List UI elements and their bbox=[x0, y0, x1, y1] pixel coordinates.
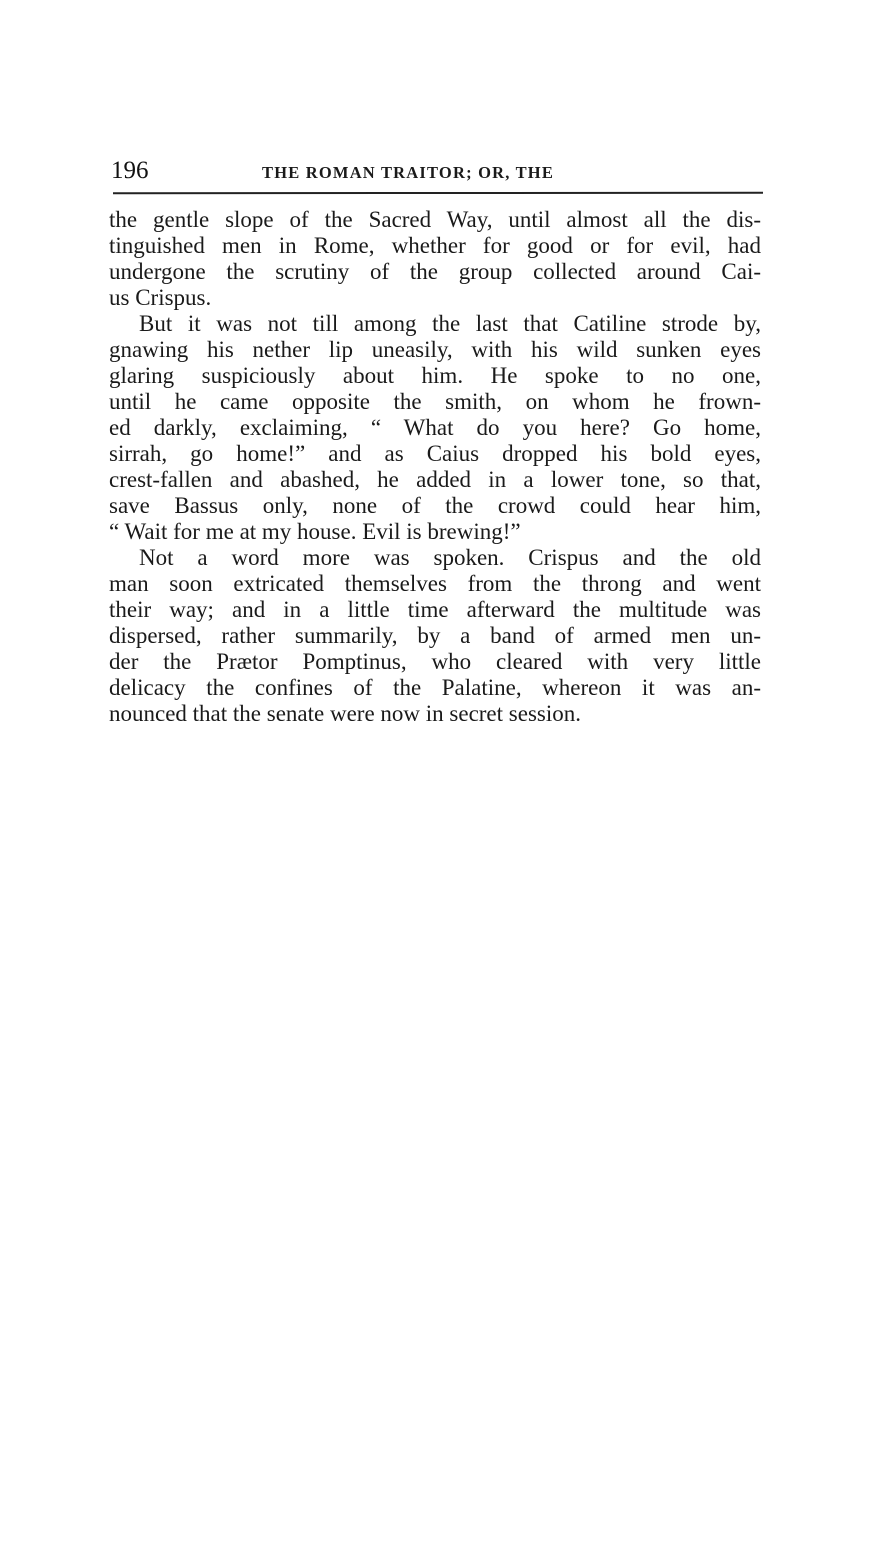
page-number: 196 bbox=[111, 157, 149, 185]
running-title: THE ROMAN TRAITOR; OR, THE bbox=[262, 163, 554, 183]
text-line: Not a word more was spoken. Crispus and … bbox=[109, 545, 761, 571]
book-page: 196 THE ROMAN TRAITOR; OR, THE the gentl… bbox=[109, 155, 769, 189]
text-line: us Crispus. bbox=[109, 285, 761, 311]
running-head: 196 THE ROMAN TRAITOR; OR, THE bbox=[109, 155, 769, 189]
text-line: sirrah, go home!” and as Caius dropped h… bbox=[109, 441, 761, 467]
text-line: crest-fallen and abashed, he added in a … bbox=[109, 467, 761, 493]
text-line: But it was not till among the last that … bbox=[109, 311, 761, 337]
paragraph: Not a word more was spoken. Crispus and … bbox=[109, 545, 761, 727]
paragraph: the gentle slope of the Sacred Way, unti… bbox=[109, 207, 761, 311]
text-line: their way; and in a little time afterwar… bbox=[109, 597, 761, 623]
text-line: nounced that the senate were now in secr… bbox=[109, 701, 761, 727]
text-line: “ Wait for me at my house. Evil is brewi… bbox=[109, 519, 761, 545]
header-rule bbox=[113, 192, 763, 195]
text-line: save Bassus only, none of the crowd coul… bbox=[109, 493, 761, 519]
text-line: tinguished men in Rome, whether for good… bbox=[109, 233, 761, 259]
text-line: ed darkly, exclaiming, “ What do you her… bbox=[109, 415, 761, 441]
text-line: until he came opposite the smith, on who… bbox=[109, 389, 761, 415]
text-line: glaring suspiciously about him. He spoke… bbox=[109, 363, 761, 389]
text-line: man soon extricated themselves from the … bbox=[109, 571, 761, 597]
text-line: delicacy the confines of the Palatine, w… bbox=[109, 675, 761, 701]
paragraph: But it was not till among the last that … bbox=[109, 311, 761, 545]
text-line: dispersed, rather summarily, by a band o… bbox=[109, 623, 761, 649]
text-line: undergone the scrutiny of the group coll… bbox=[109, 259, 761, 285]
text-line: gnawing his nether lip uneasily, with hi… bbox=[109, 337, 761, 363]
text-line: the gentle slope of the Sacred Way, unti… bbox=[109, 207, 761, 233]
body-text: the gentle slope of the Sacred Way, unti… bbox=[109, 207, 761, 727]
text-line: der the Prætor Pomptinus, who cleared wi… bbox=[109, 649, 761, 675]
